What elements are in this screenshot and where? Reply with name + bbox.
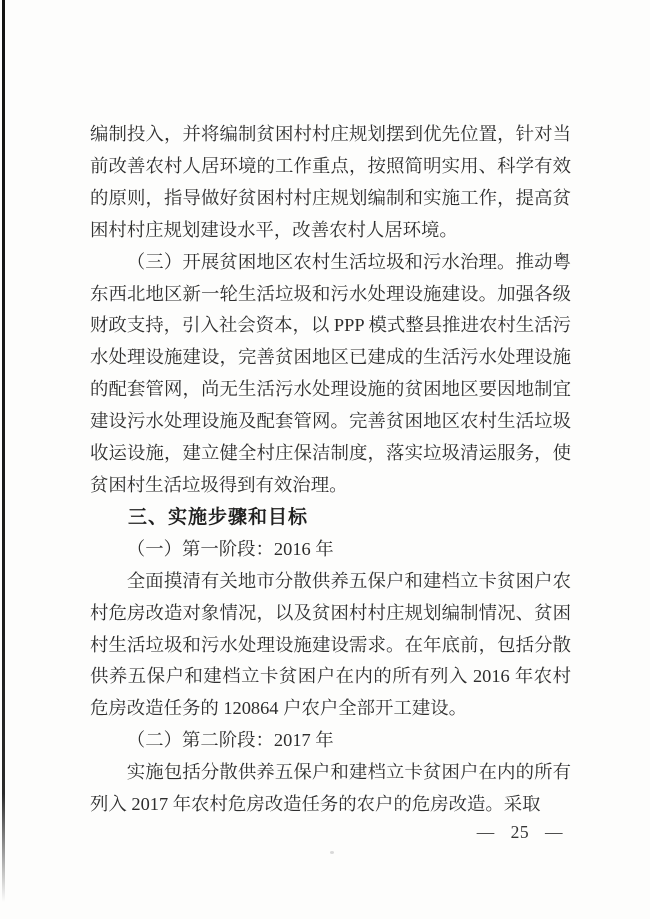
paragraph-stage-one-body: 全面摸清有关地市分散供养五保户和建档立卡贫困户农村危房改造对象情况，以及贫困村村… — [90, 566, 571, 726]
paragraph-section-three-waste-sewage: （三）开展贫困地区农村生活垃圾和污水治理。推动粤东西北地区新一轮生活垃圾和污水处… — [90, 247, 571, 502]
document-page: 编制投入，并将编制贫困村村庄规划摆到优先位置，针对当前改善农村人居环境的工作重点… — [0, 0, 650, 919]
document-body: 编制投入，并将编制贫困村村庄规划摆到优先位置，针对当前改善农村人居环境的工作重点… — [90, 119, 571, 821]
scan-speck-artifact — [330, 851, 334, 854]
paragraph-village-planning-continuation: 编制投入，并将编制贫困村村庄规划摆到优先位置，针对当前改善农村人居环境的工作重点… — [90, 119, 571, 247]
paragraph-stage-two-title: （二）第二阶段：2017 年 — [90, 725, 571, 757]
section-heading-implementation-steps: 三、实施步骤和目标 — [90, 502, 571, 534]
page-number: — 25 — — [477, 823, 563, 841]
paragraph-stage-two-body: 实施包括分散供养五保户和建档立卡贫困户在内的所有列入 2017 年农村危房改造任… — [90, 757, 571, 821]
scan-edge-artifact — [2, 0, 5, 902]
paragraph-stage-one-title: （一）第一阶段：2016 年 — [90, 534, 571, 566]
